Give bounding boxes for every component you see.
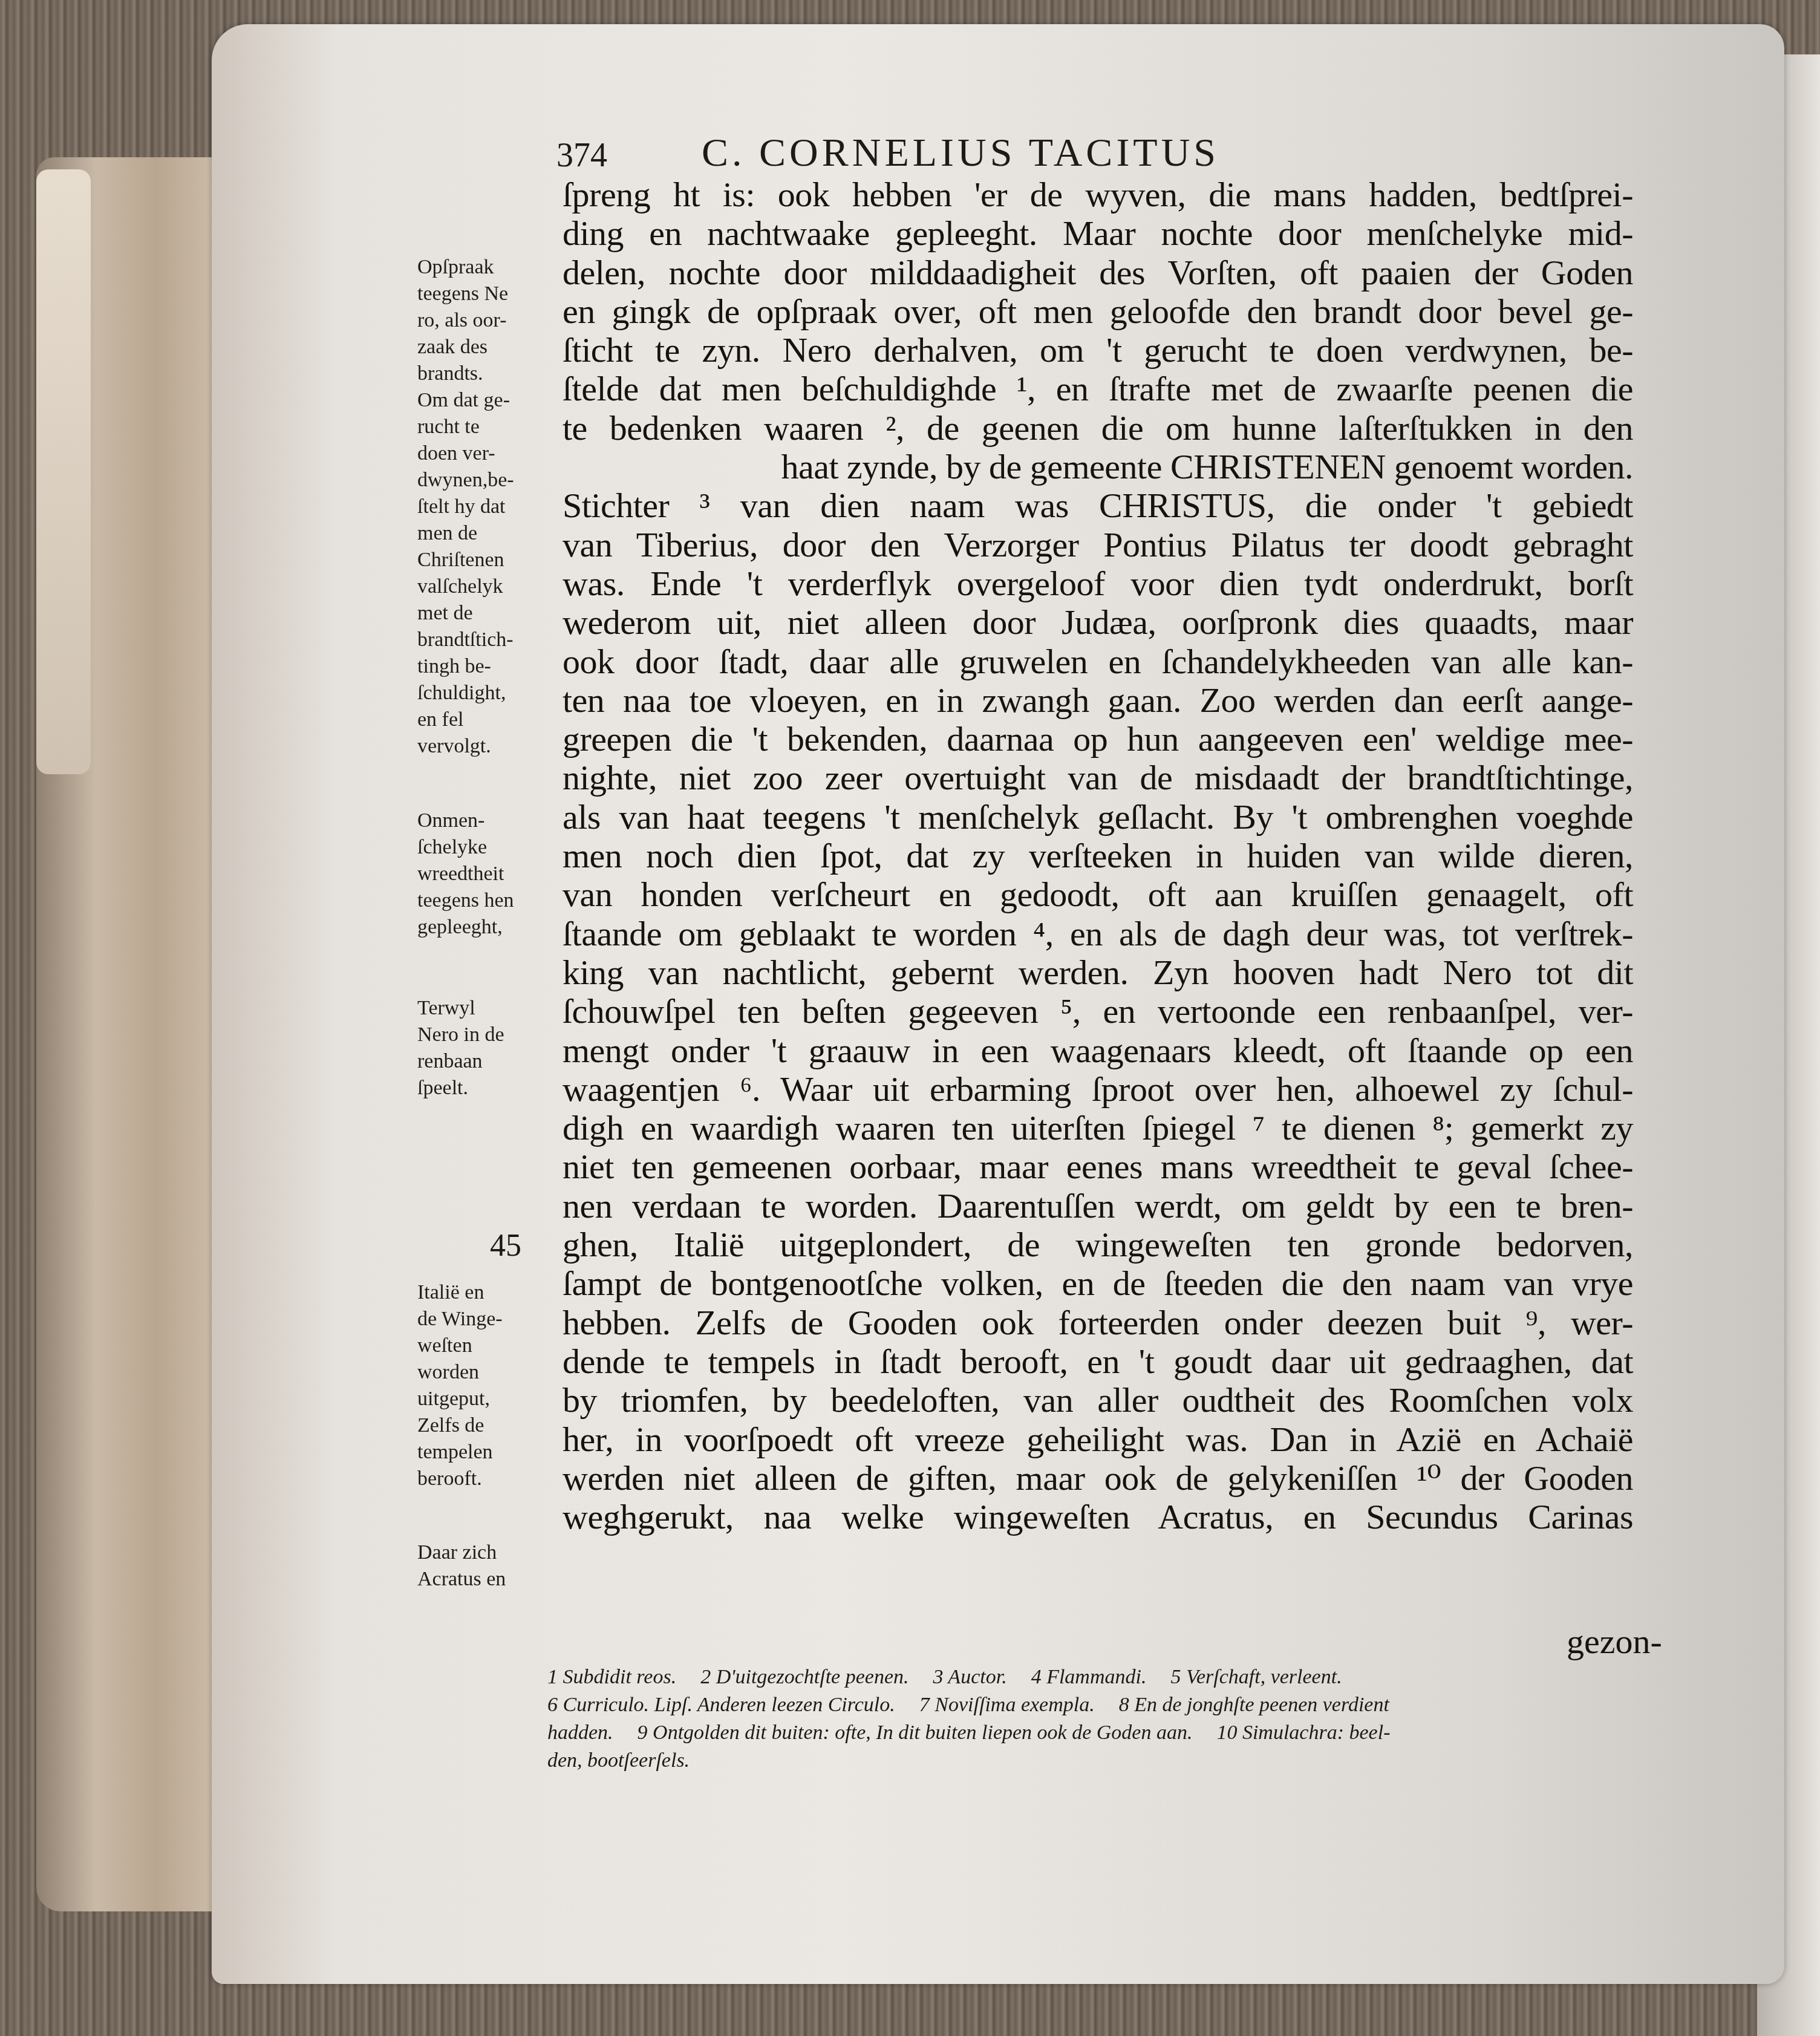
margin-note-line: berooft. — [417, 1466, 563, 1492]
margin-note-line: de Winge- — [417, 1306, 563, 1333]
text-line: king van nachtlicht, gebernt werden. Zyn… — [563, 953, 1633, 992]
text-line: te bedenken waaren ², de geenen die om h… — [563, 409, 1633, 448]
margin-note: Daar zichAcratus en — [417, 1539, 563, 1593]
margin-note-line: Zelfs de — [417, 1412, 563, 1439]
text-line: van honden verſcheurt en gedoodt, oft aa… — [563, 875, 1633, 914]
text-line: waagentjen ⁶. Waar uit erbarming ſproot … — [563, 1070, 1633, 1109]
margin-note-line: gepleeght, — [417, 914, 563, 941]
footnote-line: hadden.9 Ontgolden dit buiten: ofte, In … — [547, 1719, 1672, 1747]
margin-note-line: zaak des — [417, 334, 563, 361]
margin-note-line: renbaan — [417, 1048, 563, 1075]
margin-note-line: Onmen- — [417, 808, 563, 834]
text-line: ſchouwſpel ten beſten gegeeven ⁵, en ver… — [563, 992, 1633, 1031]
margin-note-line: ſchelyke — [417, 834, 563, 861]
margin-note-line: Terwyl — [417, 995, 563, 1022]
page-number: 374 — [556, 136, 607, 175]
margin-note-line: brandtſtich- — [417, 627, 563, 653]
text-line: weghgerukt, naa welke wingeweſten Acratu… — [563, 1498, 1633, 1536]
text-line: ghen, Italië uitgeplondert, de wingeweſt… — [563, 1225, 1633, 1264]
running-title: C. CORNELIUS TACITUS — [702, 130, 1219, 176]
margin-note: Om dat ge-rucht tedoen ver-dwynen,be-ſte… — [417, 387, 563, 760]
margin-note: TerwylNero in derenbaanſpeelt. — [417, 995, 563, 1101]
margin-note-line: Opſpraak — [417, 254, 563, 281]
text-line: nighte, niet zoo zeer overtuight van de … — [563, 759, 1633, 797]
margin-note-line: vervolgt. — [417, 733, 563, 760]
spine-binding — [36, 169, 91, 774]
text-line: werden niet alleen de giften, maar ook d… — [563, 1459, 1633, 1498]
text-line: her, in voorſpoedt oft vreeze geheilight… — [563, 1420, 1633, 1459]
footnote: 10 Simulachra: beel- — [1216, 1721, 1390, 1744]
footnote: 5 Verſchaft, verleent. — [1170, 1666, 1342, 1688]
text-line: was. Ende 't verderflyk overgeloof voor … — [563, 564, 1633, 603]
margin-note-line: valſchelyk — [417, 573, 563, 600]
body-text: ſpreng ht is: ook hebben 'er de wyven, d… — [563, 175, 1633, 1536]
margin-note: Opſpraakteegens Nero, als oor-zaak desbr… — [417, 254, 563, 387]
text-line: ſtelde dat men beſchuldighde ¹, en ſtraf… — [563, 370, 1633, 408]
margin-note: Onmen-ſchelykewreedtheitteegens hengeple… — [417, 808, 563, 941]
margin-note-line: dwynen,be- — [417, 467, 563, 494]
margin-note-line: doen ver- — [417, 440, 563, 467]
footnote-line: 6 Curriculo. Lipſ. Anderen leezen Circul… — [547, 1691, 1672, 1719]
margin-note-line: teegens Ne — [417, 281, 563, 307]
text-line: haat zynde, by de gemeente CHRISTENEN ge… — [563, 448, 1633, 486]
text-line: ook door ſtadt, daar alle gruwelen en ſc… — [563, 642, 1633, 681]
margin-note-line: tingh be- — [417, 653, 563, 680]
text-line: dende te tempels in ſtadt berooft, en 't… — [563, 1342, 1633, 1381]
margin-note-line: en fel — [417, 706, 563, 733]
margin-note-line: met de — [417, 600, 563, 627]
footnote: den, bootſeerſels. — [547, 1749, 690, 1772]
text-line: ten naa toe vloeyen, en in zwangh gaan. … — [563, 681, 1633, 720]
footnote: 1 Subdidit reos. — [547, 1666, 676, 1688]
footnote-line: 1 Subdidit reos.2 D'uitgezochtſte peenen… — [547, 1663, 1672, 1691]
text-line: nen verdaan te worden. Daarentuſſen werd… — [563, 1187, 1633, 1225]
section-number: 45 — [490, 1228, 521, 1264]
margin-note-line: teegens hen — [417, 887, 563, 914]
footnotes: 1 Subdidit reos.2 D'uitgezochtſte peenen… — [547, 1663, 1672, 1775]
margin-note-line: weſten — [417, 1333, 563, 1359]
footnote: hadden. — [547, 1721, 613, 1744]
margin-note-line: ſchuldight, — [417, 680, 563, 706]
margin-note-line: brandts. — [417, 361, 563, 387]
text-line: Stichter ³ van dien naam was CHRISTUS, d… — [563, 486, 1633, 525]
margin-note-line: Italië en — [417, 1279, 563, 1306]
text-line: delen, nochte door milddaadigheit des Vo… — [563, 253, 1633, 292]
footnote: 2 D'uitgezochtſte peenen. — [700, 1666, 908, 1688]
margin-note-line: worden — [417, 1359, 563, 1386]
text-line: ſtaande om geblaakt te worden ⁴, en als … — [563, 915, 1633, 953]
margin-note-line: uitgeput, — [417, 1386, 563, 1412]
text-line: ding en nachtwaake gepleeght. Maar nocht… — [563, 214, 1633, 253]
text-line: wederom uit, niet alleen door Judæa, oor… — [563, 603, 1633, 642]
footnote: 6 Curriculo. Lipſ. Anderen leezen Circul… — [547, 1694, 895, 1716]
text-line: ſpreng ht is: ook hebben 'er de wyven, d… — [563, 175, 1633, 214]
text-line: niet ten gemeenen oorbaar, maar eenes ma… — [563, 1147, 1633, 1186]
catchword: gezon- — [1567, 1621, 1662, 1662]
margin-note-line: Acratus en — [417, 1566, 563, 1593]
margin-note-line: Daar zich — [417, 1539, 563, 1566]
text-line: greepen die 't bekenden, daarnaa op hun … — [563, 720, 1633, 759]
footnote: 4 Flammandi. — [1031, 1666, 1147, 1688]
margin-note-line: Om dat ge- — [417, 387, 563, 414]
margin-note-line: Chriſtenen — [417, 547, 563, 573]
text-line: mengt onder 't graauw in een waagenaars … — [563, 1031, 1633, 1070]
text-line: ſticht te zyn. Nero derhalven, om 't ger… — [563, 331, 1633, 370]
text-line: ſampt de bontgenootſche volken, en de ſt… — [563, 1264, 1633, 1303]
footnote: 7 Noviſſima exempla. — [919, 1694, 1095, 1716]
margin-note-line: ſtelt hy dat — [417, 494, 563, 520]
margin-note-line: Nero in de — [417, 1022, 563, 1048]
text-line: by triomfen, by beedeloften, van aller o… — [563, 1381, 1633, 1420]
text-line: men noch dien ſpot, dat zy verſteeken in… — [563, 837, 1633, 875]
footnote: 9 Ontgolden dit buiten: ofte, In dit bui… — [638, 1721, 1193, 1744]
footnote: 3 Auctor. — [933, 1666, 1006, 1688]
margin-note: Italië ende Winge-weſtenwordenuitgeput,Z… — [417, 1279, 563, 1492]
text-line: als van haat teegens 't menſchelyk geſla… — [563, 798, 1633, 837]
margin-note-line: tempelen — [417, 1439, 563, 1466]
margin-note-line: rucht te — [417, 414, 563, 440]
margin-note-line: men de — [417, 520, 563, 547]
footnote-line: den, bootſeerſels. — [547, 1747, 1672, 1775]
margin-note-line: ſpeelt. — [417, 1075, 563, 1101]
text-line: hebben. Zelfs de Gooden ook forteerden o… — [563, 1303, 1633, 1342]
margin-note-line: wreedtheit — [417, 861, 563, 887]
text-line: en gingk de opſpraak over, oft men geloo… — [563, 292, 1633, 331]
text-line: van Tiberius, door den Verzorger Pontius… — [563, 526, 1633, 564]
text-line: digh en waardigh waaren ten uiterſten ſp… — [563, 1109, 1633, 1147]
page-header: 374 C. CORNELIUS TACITUS — [550, 130, 1458, 178]
margin-note-line: ro, als oor- — [417, 307, 563, 334]
footnote: 8 En de jonghſte peenen verdient — [1119, 1694, 1389, 1716]
